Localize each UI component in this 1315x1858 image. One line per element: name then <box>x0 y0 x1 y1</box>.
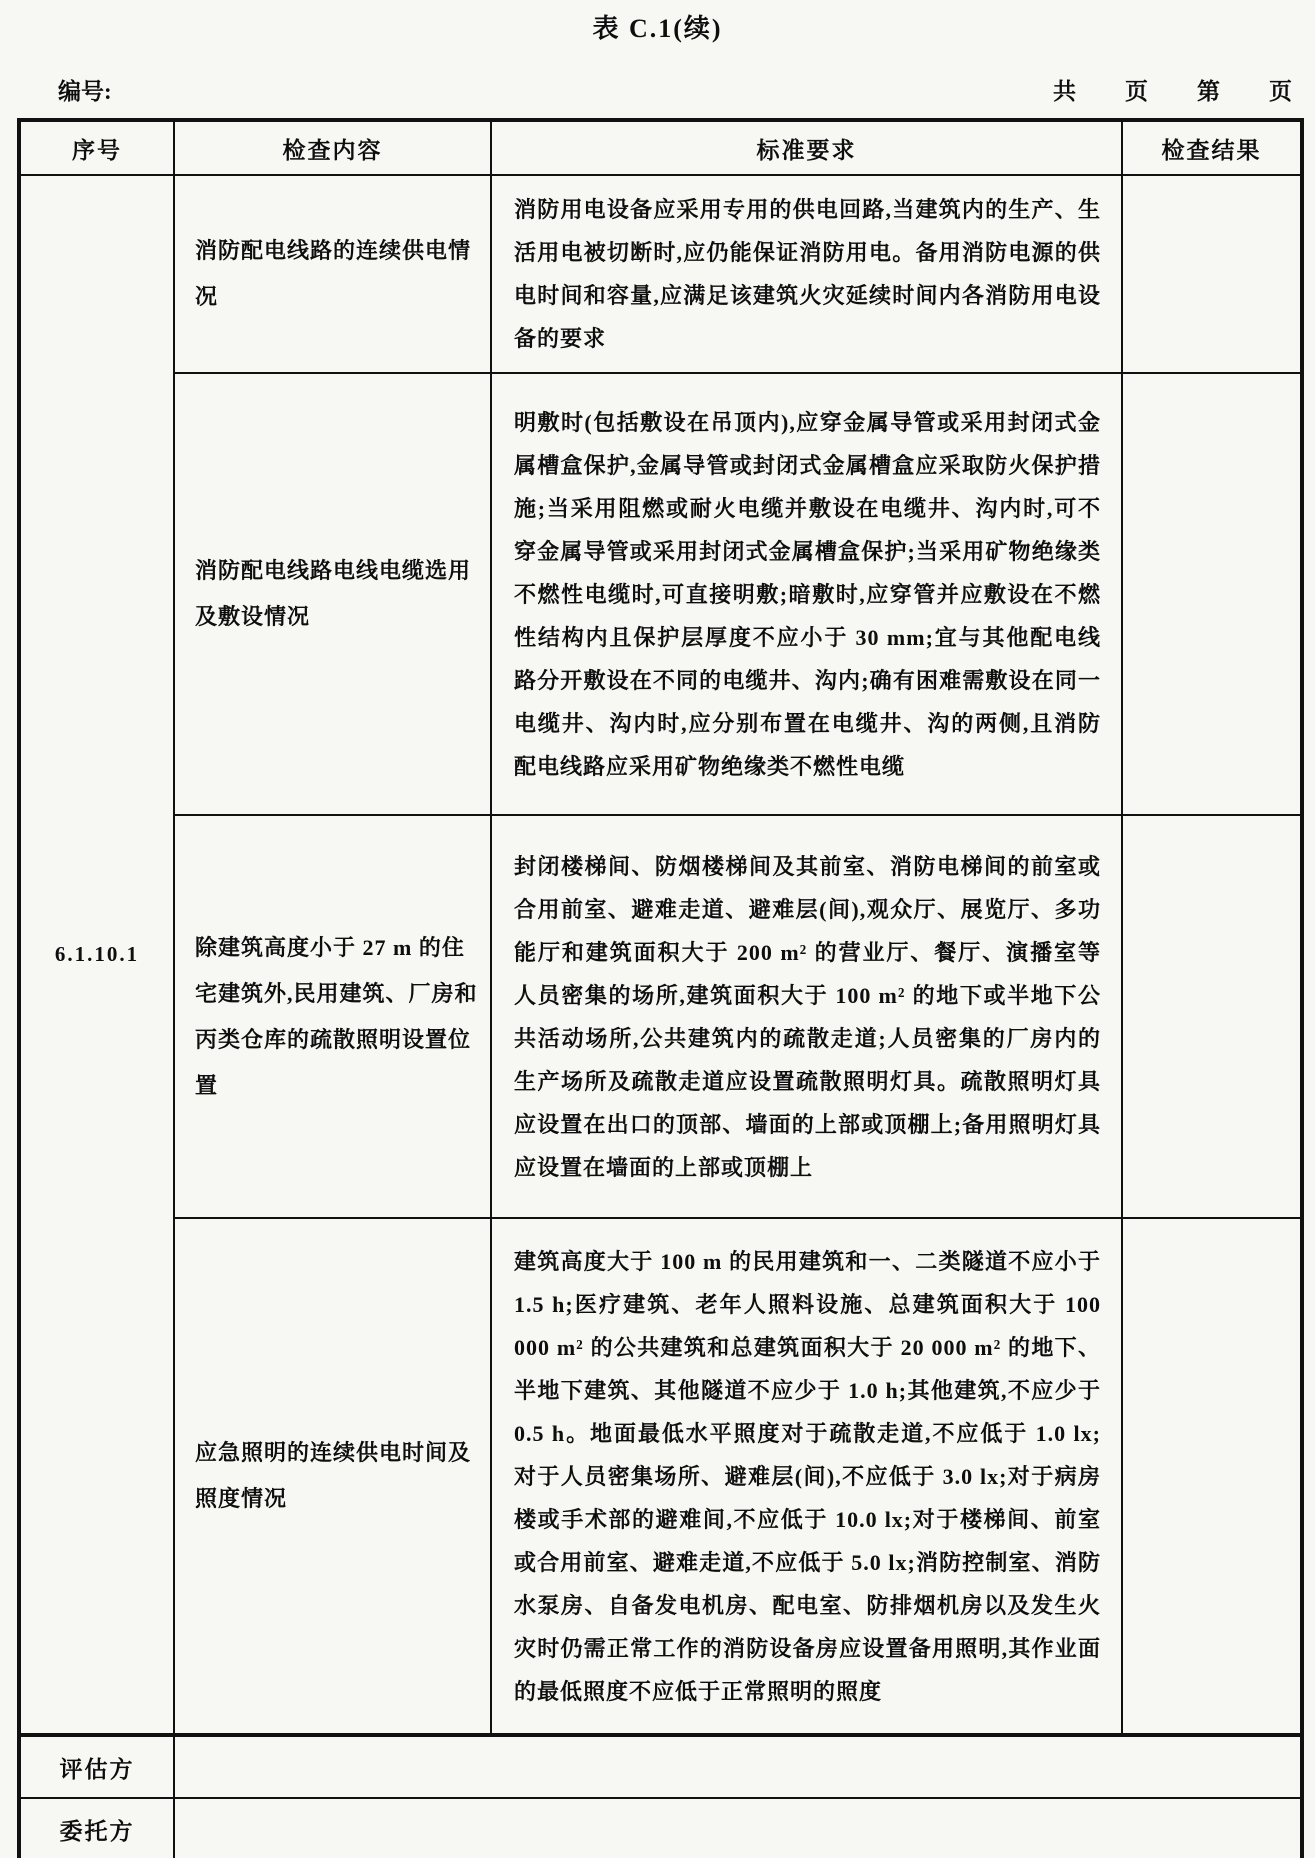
result-cell <box>1122 373 1302 815</box>
document-page: 表 C.1(续) 编号: 共 页 第 页 序号 检查内容 标准要求 检查结果 6… <box>0 0 1315 1858</box>
requirement-cell: 建筑高度大于 100 m 的民用建筑和一、二类隧道不应小于 1.5 h;医疗建筑… <box>491 1218 1122 1735</box>
content-cell: 消防配电线路的连续供电情况 <box>174 175 491 373</box>
serial-number-cell: 6.1.10.1 <box>19 175 174 1735</box>
col-header-result: 检查结果 <box>1122 120 1302 175</box>
requirement-cell: 封闭楼梯间、防烟楼梯间及其前室、消防电梯间的前室或合用前室、避难走道、避难层(间… <box>491 815 1122 1218</box>
assessor-row: 评估方 <box>19 1735 1302 1798</box>
content-cell: 消防配电线路电线电缆选用及敷设情况 <box>174 373 491 815</box>
client-row: 委托方 <box>19 1798 1302 1858</box>
meta-row: 编号: 共 页 第 页 <box>58 73 1293 106</box>
assessor-label: 评估方 <box>19 1735 174 1798</box>
doc-number-label: 编号: <box>58 73 112 106</box>
col-header-requirement: 标准要求 <box>491 120 1122 175</box>
table-row: 消防配电线路电线电缆选用及敷设情况 明敷时(包括敷设在吊顶内),应穿金属导管或采… <box>19 373 1302 815</box>
page-count-label: 共 页 第 页 <box>1053 73 1293 106</box>
header-row: 序号 检查内容 标准要求 检查结果 <box>19 120 1302 175</box>
col-header-serial: 序号 <box>19 120 174 175</box>
requirement-cell: 明敷时(包括敷设在吊顶内),应穿金属导管或采用封闭式金属槽盒保护,金属导管或封闭… <box>491 373 1122 815</box>
content-cell: 应急照明的连续供电时间及照度情况 <box>174 1218 491 1735</box>
table-row: 应急照明的连续供电时间及照度情况 建筑高度大于 100 m 的民用建筑和一、二类… <box>19 1218 1302 1735</box>
result-cell <box>1122 815 1302 1218</box>
col-header-content: 检查内容 <box>174 120 491 175</box>
client-label: 委托方 <box>19 1798 174 1858</box>
table-row: 除建筑高度小于 27 m 的住宅建筑外,民用建筑、厂房和丙类仓库的疏散照明设置位… <box>19 815 1302 1218</box>
content-cell: 除建筑高度小于 27 m 的住宅建筑外,民用建筑、厂房和丙类仓库的疏散照明设置位… <box>174 815 491 1218</box>
result-cell <box>1122 175 1302 373</box>
client-signature-cell <box>174 1798 1302 1858</box>
requirement-cell: 消防用电设备应采用专用的供电回路,当建筑内的生产、生活用电被切断时,应仍能保证消… <box>491 175 1122 373</box>
result-cell <box>1122 1218 1302 1735</box>
page-title: 表 C.1(续) <box>0 0 1315 45</box>
inspection-table: 序号 检查内容 标准要求 检查结果 6.1.10.1 消防配电线路的连续供电情况… <box>17 118 1304 1858</box>
table-row: 6.1.10.1 消防配电线路的连续供电情况 消防用电设备应采用专用的供电回路,… <box>19 175 1302 373</box>
assessor-signature-cell <box>174 1735 1302 1798</box>
